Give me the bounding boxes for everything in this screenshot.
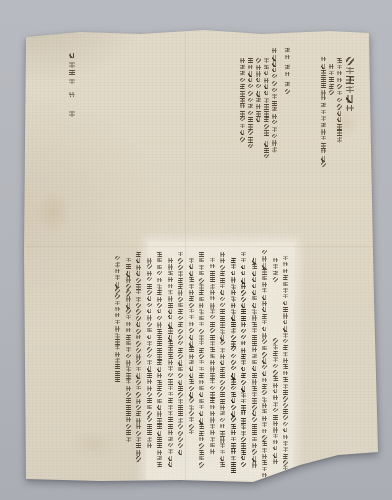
paper-edge-shading <box>0 0 392 500</box>
photo-backdrop <box>0 0 392 500</box>
manuscript-sheet <box>0 0 392 500</box>
paper-shadow <box>0 0 392 500</box>
